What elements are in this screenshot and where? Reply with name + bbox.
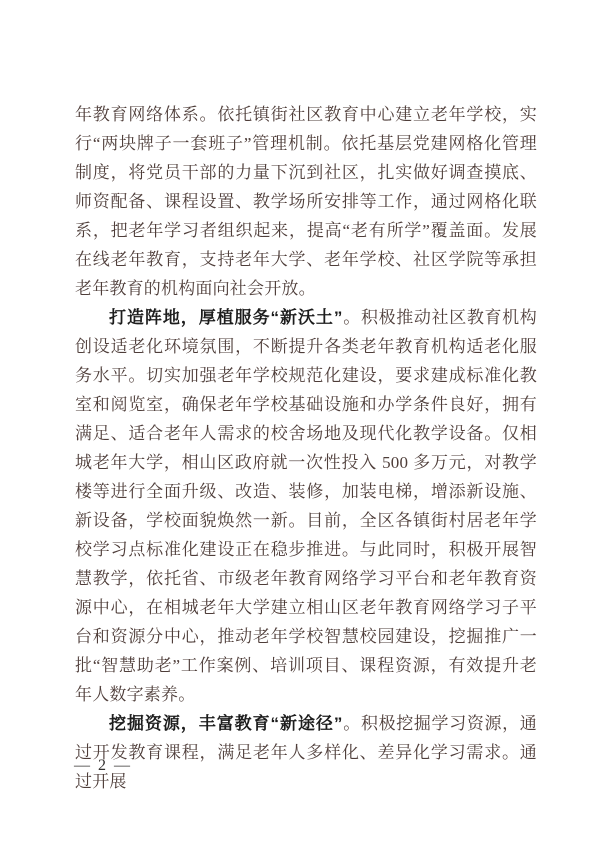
paragraph-text: 。积极推动社区教育机构创设适老化环境氛围，不断提升各类老年教育机构适老化服务水平…	[75, 308, 537, 704]
paragraph-1: 年教育网络体系。依托镇街社区教育中心建立老年学校，实行“两块牌子一套班子”管理机…	[75, 100, 537, 303]
paragraph-lead: 打造阵地，厚植服务“新沃土”	[109, 308, 343, 327]
document-page: 年教育网络体系。依托镇街社区教育中心建立老年学校，实行“两块牌子一套班子”管理机…	[0, 0, 611, 864]
paragraph-2: 打造阵地，厚植服务“新沃土”。积极推动社区教育机构创设适老化环境氛围，不断提升各…	[75, 303, 537, 709]
paragraph-text: 年教育网络体系。依托镇街社区教育中心建立老年学校，实行“两块牌子一套班子”管理机…	[75, 105, 537, 298]
document-body: 年教育网络体系。依托镇街社区教育中心建立老年学校，实行“两块牌子一套班子”管理机…	[75, 100, 537, 796]
page-number: — 2 —	[74, 756, 132, 776]
paragraph-3: 挖掘资源，丰富教育“新途径”。积极挖掘学习资源，通过开发教育课程，满足老年人多样…	[75, 709, 537, 796]
paragraph-lead: 挖掘资源，丰富教育“新途径”	[109, 714, 343, 733]
